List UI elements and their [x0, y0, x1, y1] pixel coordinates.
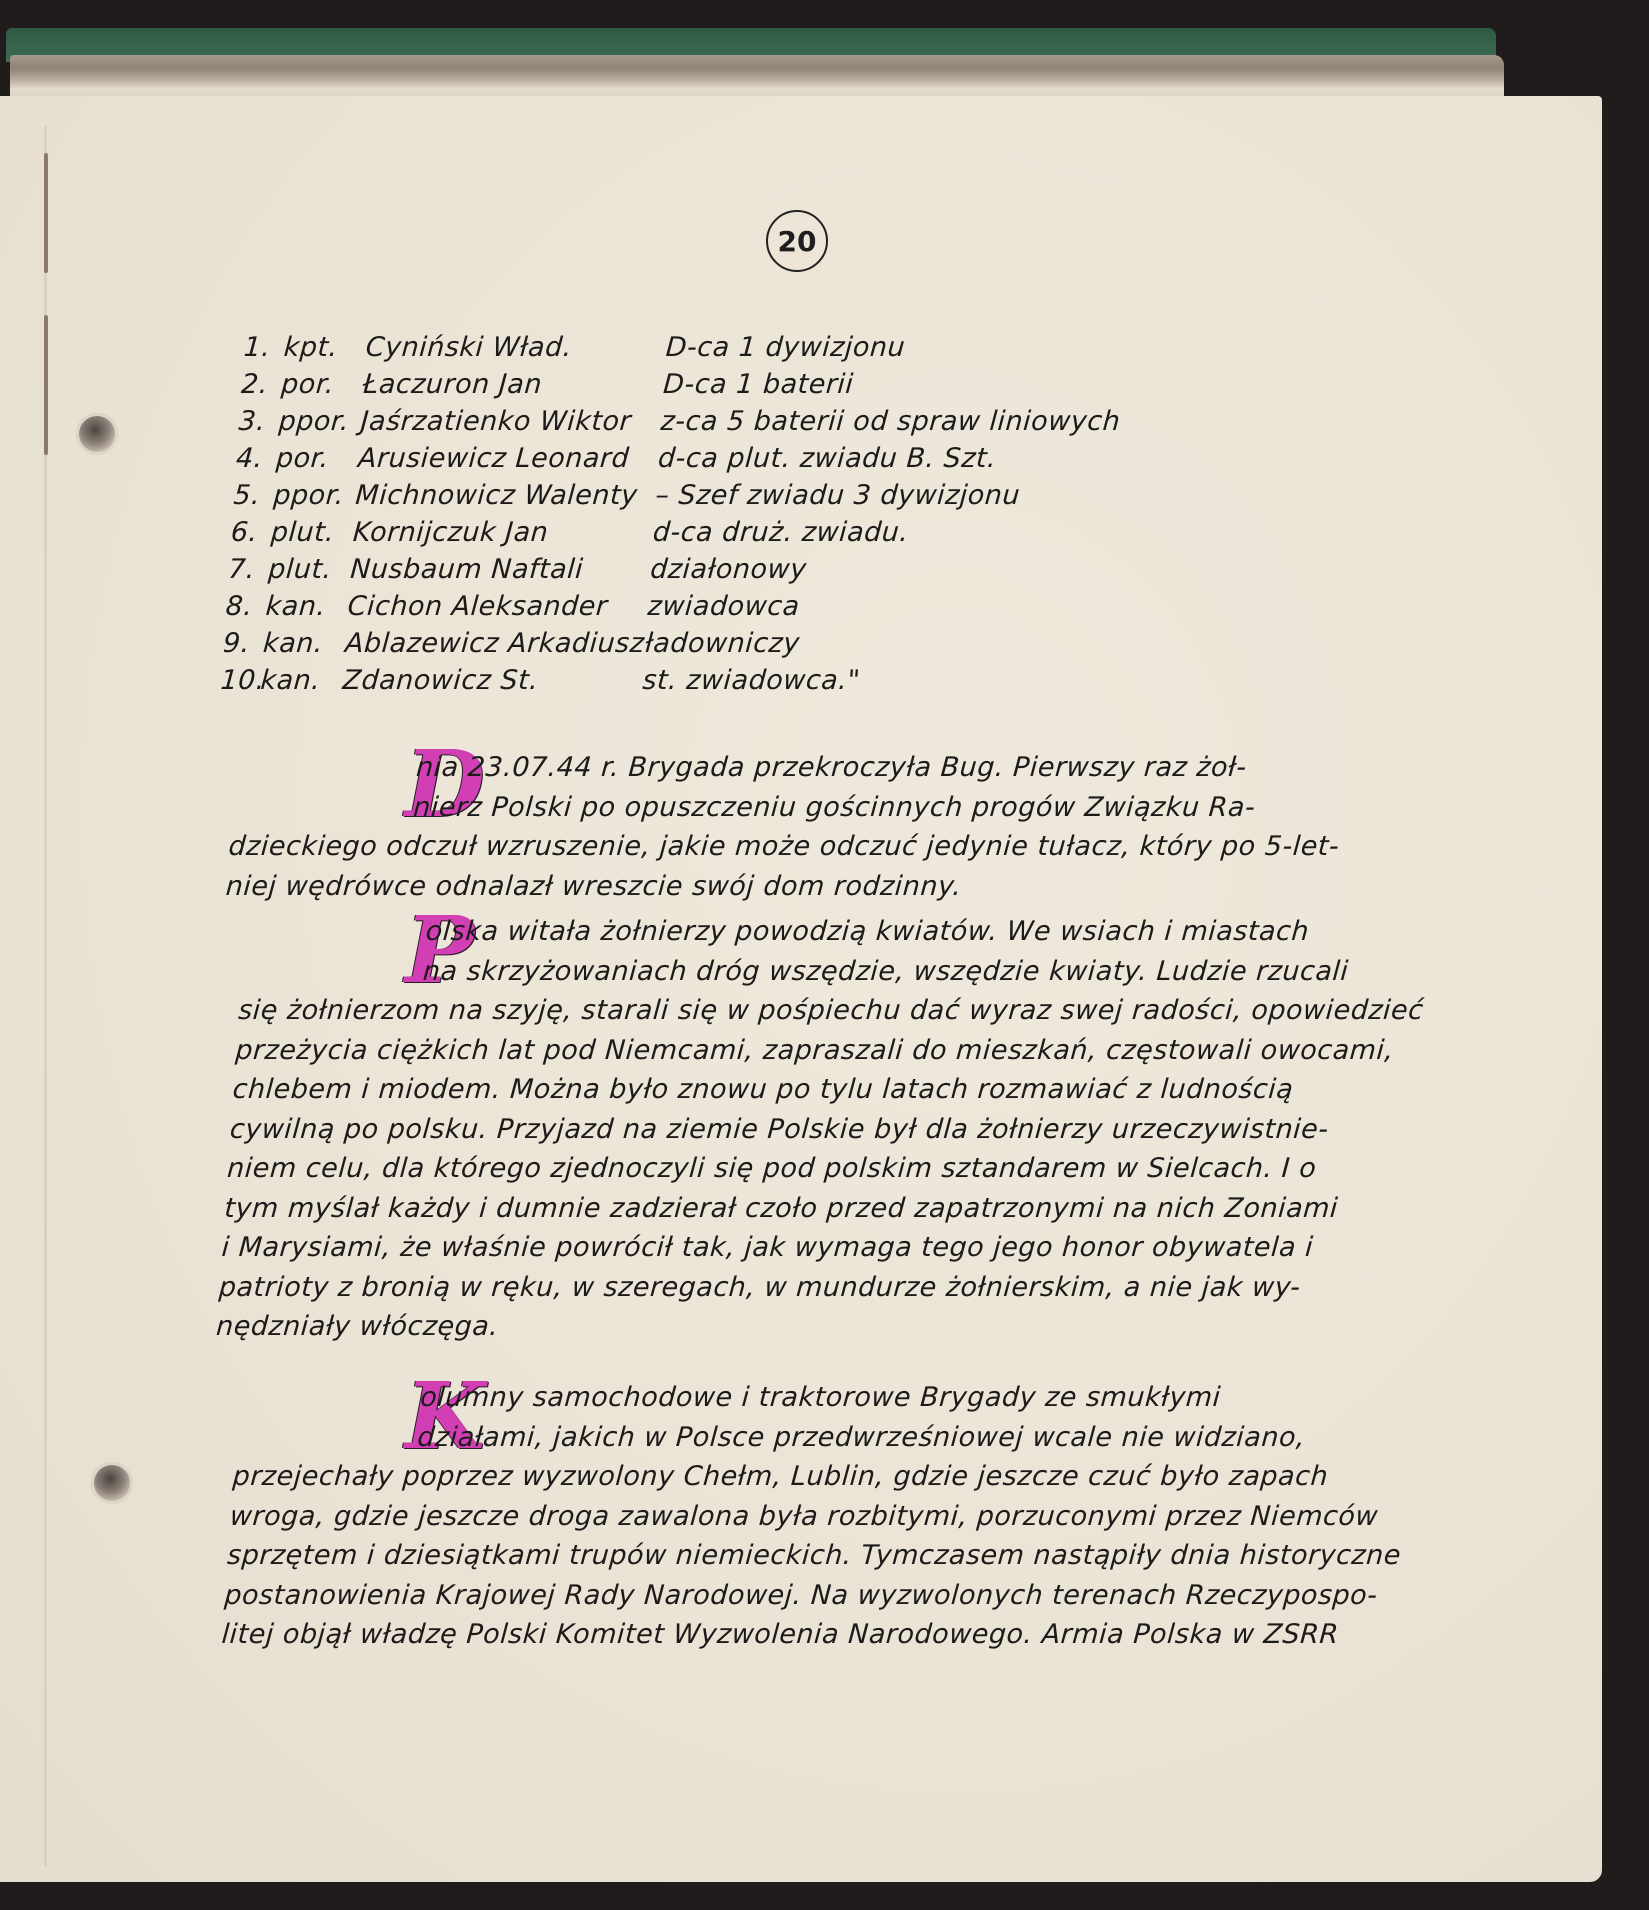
roster-row: 9.kan.Ablazewicz Arkadiuszładowniczy — [222, 628, 1425, 665]
roster-row: 5.ppor.Michnowicz Walenty– Szef zwiadu 3… — [232, 480, 1435, 517]
rank: ppor. — [272, 480, 356, 511]
text-line: się żołnierzom na szyję, starali się w p… — [237, 991, 1430, 1031]
text-line: olska witała żołnierzy powodzią kwiatów.… — [242, 912, 1435, 952]
person-name: Cyniński Wład. — [365, 332, 667, 363]
text-line: postanowienia Krajowej Rady Narodowej. N… — [223, 1576, 1416, 1616]
row-number: 6. — [230, 517, 272, 548]
role: d-ca druż. zwiadu. — [652, 517, 1432, 548]
rank: plut. — [267, 554, 351, 585]
text-line: przeżycia ciężkich lat pod Niemcami, zap… — [234, 1031, 1427, 1071]
role: st. zwiadowca." — [641, 665, 1421, 696]
row-number: 5. — [232, 480, 274, 511]
roster-row: 4.por.Arusiewicz Leonardd-ca plut. zwiad… — [235, 443, 1438, 480]
rank: por. — [280, 369, 364, 400]
row-number: 7. — [227, 554, 269, 585]
role: z-ca 5 baterii od spraw liniowych — [660, 406, 1440, 437]
row-number: 3. — [238, 406, 280, 437]
page-number: 20 — [778, 225, 817, 258]
personnel-roster: 1.kpt.Cyniński Wład.D-ca 1 dywizjonu 2.p… — [219, 332, 1445, 702]
rank: ppor. — [278, 406, 362, 437]
text-line: wroga, gdzie jeszcze droga zawalona była… — [229, 1497, 1422, 1537]
text-line: dzieckiego odczuł wzruszenie, jakie może… — [227, 827, 1420, 867]
role: d-ca plut. zwiadu B. Szt. — [657, 443, 1437, 474]
person-name: Cichon Aleksander — [347, 591, 649, 622]
text-line: nierz Polski po opuszczeniu gościnnych p… — [230, 788, 1423, 828]
rank: kan. — [262, 628, 346, 659]
rank: por. — [275, 443, 359, 474]
rank: plut. — [270, 517, 354, 548]
crease-mark — [44, 315, 48, 455]
person-name: Zdanowicz St. — [341, 665, 643, 696]
person-name: Ablazewicz Arkadiusz — [344, 628, 646, 659]
punch-hole-top — [76, 413, 118, 455]
person-name: Nusbaum Naftali — [349, 554, 651, 585]
rank: kan. — [265, 591, 349, 622]
row-number: 4. — [235, 443, 277, 474]
text-line: nia 23.07.44 r. Brygada przekroczyła Bug… — [233, 748, 1426, 788]
roster-row: 6.plut.Kornijczuk Jand-ca druż. zwiadu. — [229, 517, 1432, 554]
person-name: Jaśrzatienko Wiktor — [360, 406, 662, 437]
rank: kpt. — [283, 332, 367, 363]
text-line: przejechały poprzez wyzwolony Chełm, Lub… — [231, 1457, 1424, 1497]
row-number: 10. — [219, 665, 261, 696]
person-name: Kornijczuk Jan — [352, 517, 654, 548]
text-line: litej objął władzę Polski Komitet Wyzwol… — [220, 1615, 1413, 1655]
rank: kan. — [259, 665, 343, 696]
role: działonowy — [649, 554, 1429, 585]
row-number: 9. — [222, 628, 264, 659]
paragraph-2: olska witała żołnierzy powodzią kwiatów.… — [215, 912, 1435, 1347]
text-line: działami, jakich w Polsce przedwrześniow… — [234, 1418, 1427, 1458]
paragraph-3: olumny samochodowe i traktorowe Brygady … — [220, 1378, 1429, 1655]
punch-hole-bottom — [91, 1462, 133, 1504]
row-number: 8. — [225, 591, 267, 622]
roster-row: 10.kan.Zdanowicz St.st. zwiadowca." — [219, 665, 1422, 702]
role: – Szef zwiadu 3 dywizjonu — [654, 480, 1434, 511]
text-line: patrioty z bronią w ręku, w szeregach, w… — [218, 1268, 1411, 1308]
text-line: sprzętem i dziesiątkami trupów niemiecki… — [226, 1536, 1419, 1576]
text-line: nędzniały włóczęga. — [215, 1307, 1408, 1347]
role: zwiadowca — [647, 591, 1427, 622]
person-name: Arusiewicz Leonard — [357, 443, 659, 474]
text-line: i Marysiami, że właśnie powrócił tak, ja… — [220, 1228, 1413, 1268]
role: D-ca 1 dywizjonu — [665, 332, 1445, 363]
roster-row: 2.por.Łaczuron JanD-ca 1 baterii — [240, 369, 1443, 406]
text-line: tym myślał każdy i dumnie zadzierał czoł… — [223, 1189, 1416, 1229]
roster-row: 7.plut.Nusbaum Naftalidziałonowy — [227, 554, 1430, 591]
roster-row: 8.kan.Cichon Aleksanderzwiadowca — [224, 591, 1427, 628]
person-name: Michnowicz Walenty — [354, 480, 656, 511]
crease-mark — [44, 153, 48, 273]
text-line: chlebem i miodem. Można było znowu po ty… — [231, 1070, 1424, 1110]
text-line: cywilną po polsku. Przyjazd na ziemie Po… — [229, 1110, 1422, 1150]
text-line: olumny samochodowe i traktorowe Brygady … — [237, 1378, 1430, 1418]
text-line: niem celu, dla którego zjednoczyli się p… — [226, 1149, 1419, 1189]
paragraph-1: nia 23.07.44 r. Brygada przekroczyła Bug… — [224, 748, 1425, 906]
page-number-badge: 20 — [766, 210, 828, 272]
page-stack-edges — [10, 55, 1504, 100]
person-name: Łaczuron Jan — [362, 369, 664, 400]
text-line: na skrzyżowaniach dróg wszędzie, wszędzi… — [240, 952, 1433, 992]
roster-row: 1.kpt.Cyniński Wład.D-ca 1 dywizjonu — [242, 332, 1445, 369]
role: D-ca 1 baterii — [662, 369, 1442, 400]
role: ładowniczy — [644, 628, 1424, 659]
row-number: 2. — [240, 369, 282, 400]
text-line: niej wędrówce odnalazł wreszcie swój dom… — [224, 867, 1417, 907]
row-number: 1. — [243, 332, 285, 363]
roster-row: 3.ppor.Jaśrzatienko Wiktorz-ca 5 baterii… — [237, 406, 1440, 443]
